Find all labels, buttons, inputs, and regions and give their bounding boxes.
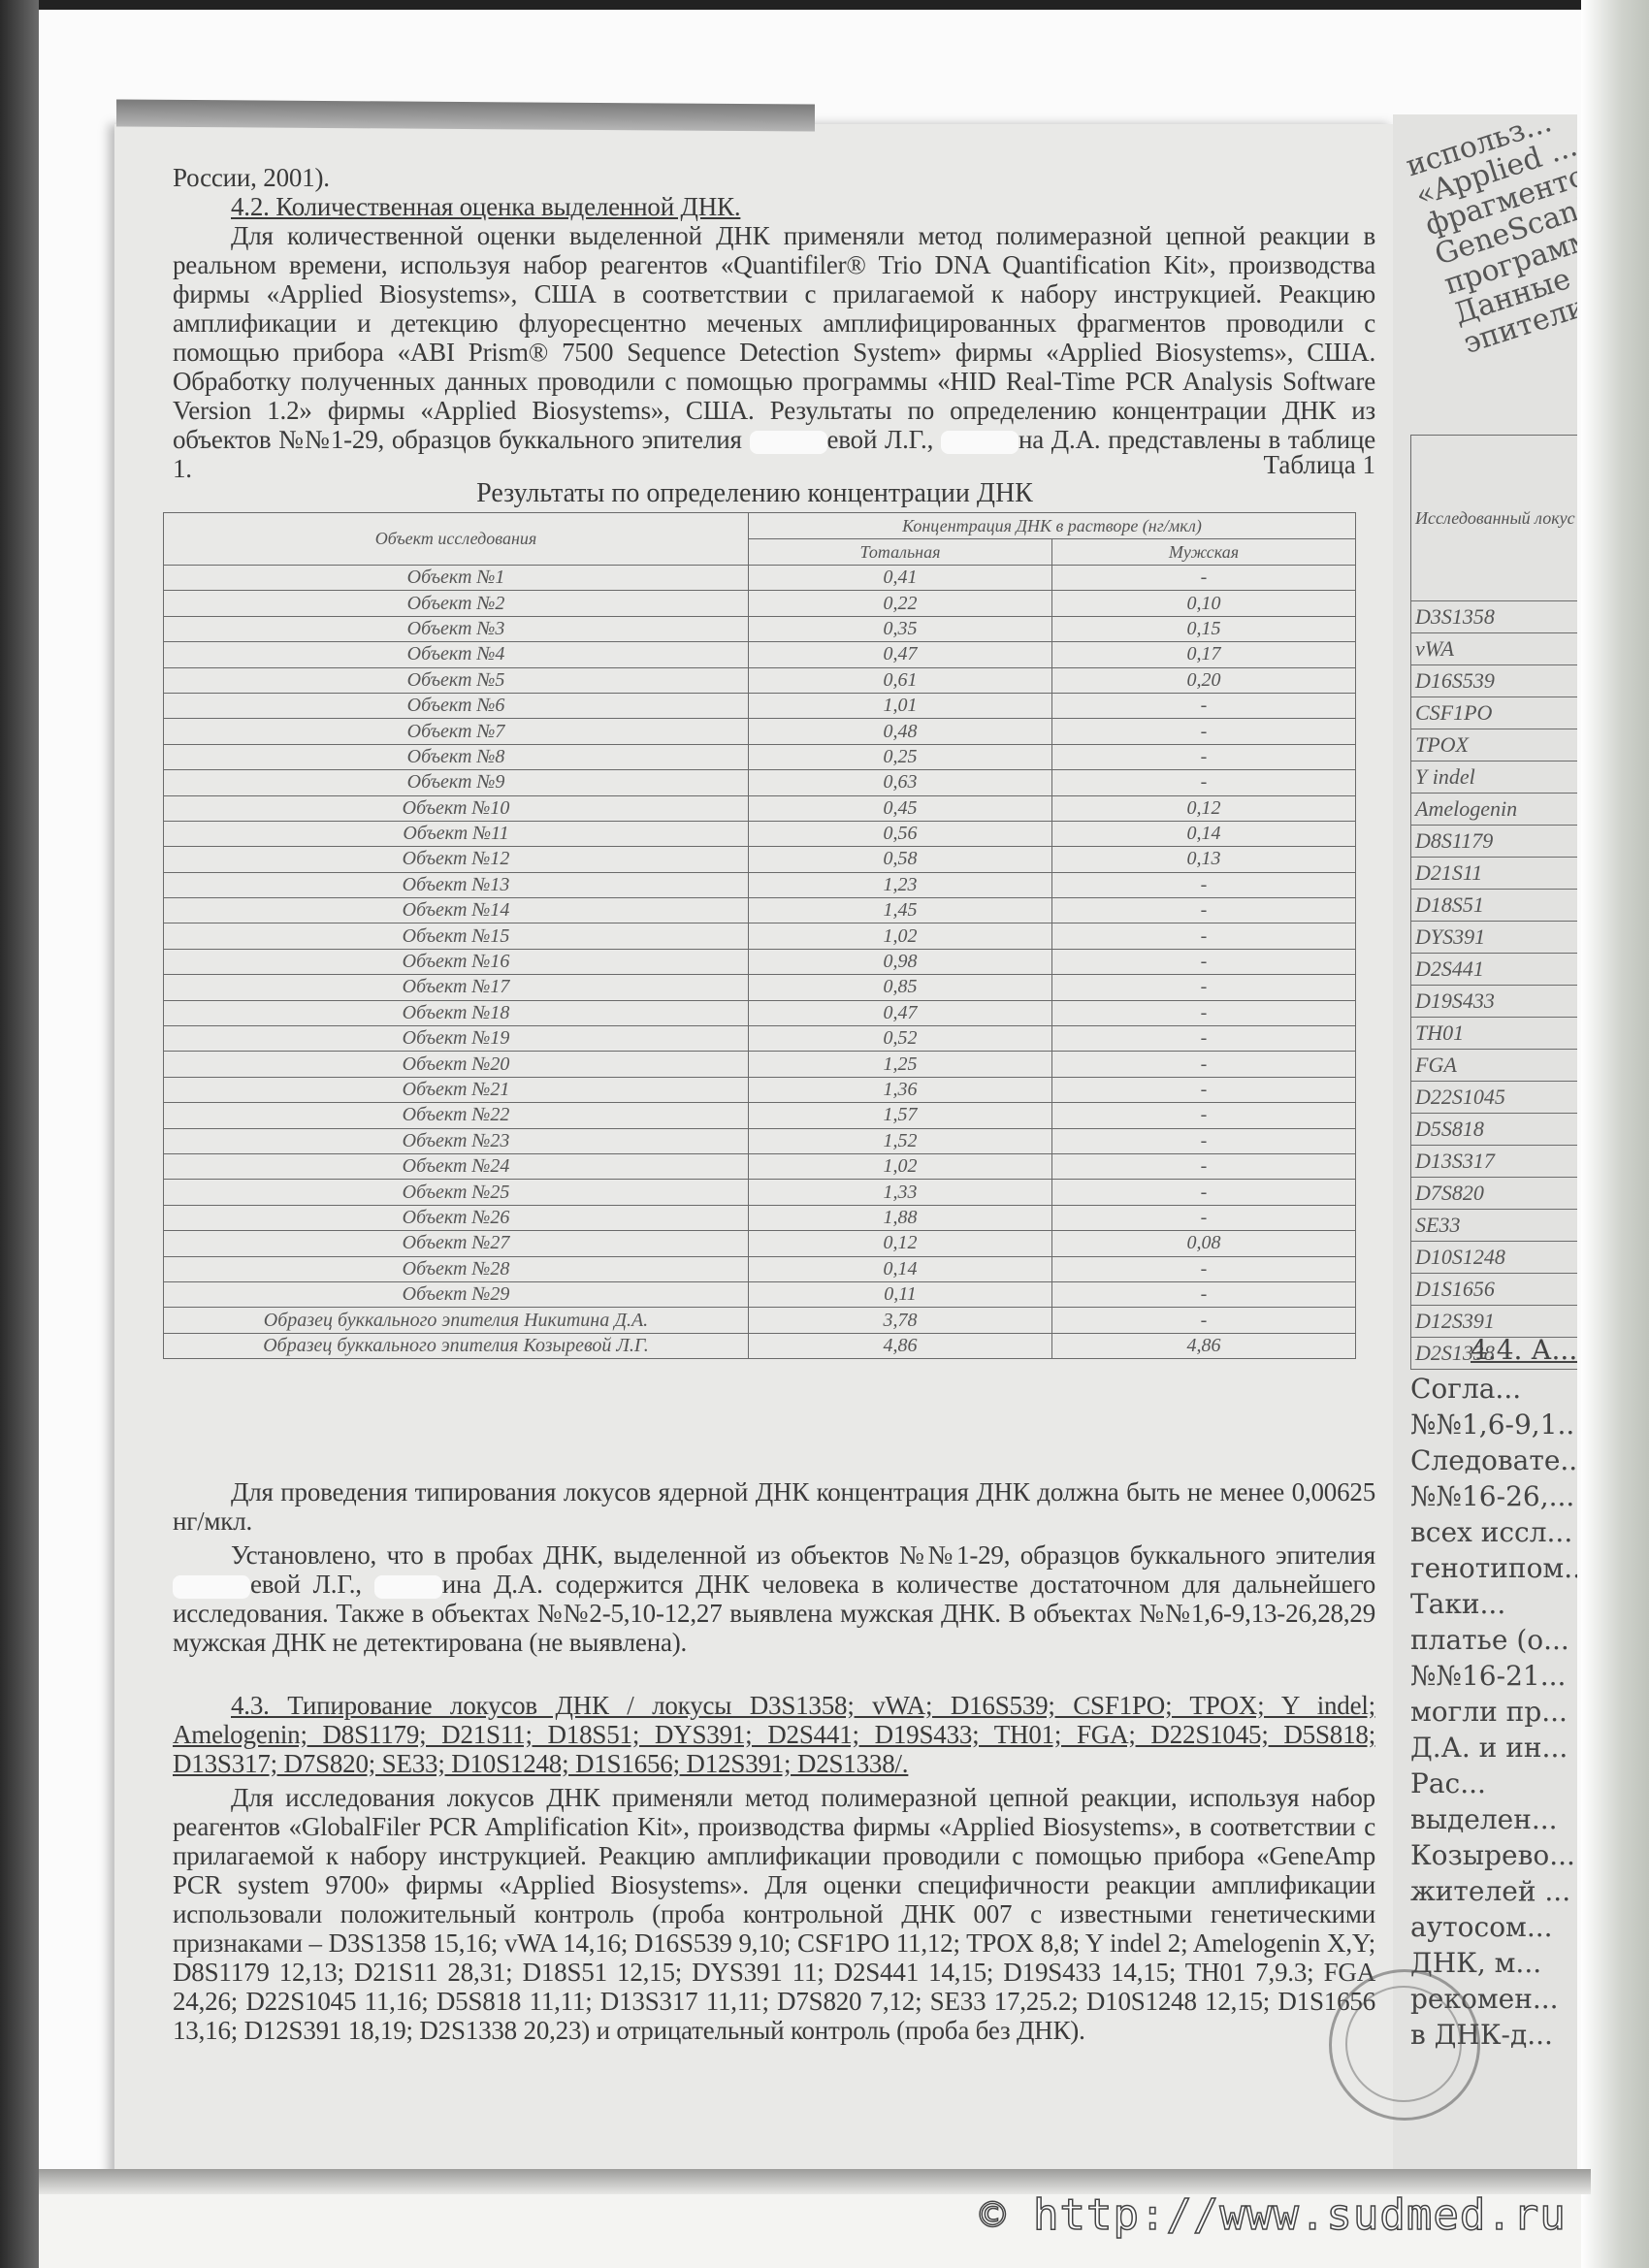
table-row: Объект №170,85- xyxy=(164,975,1356,1000)
after-table-p2: Установлено, что в пробах ДНК, выделенно… xyxy=(173,1540,1375,1657)
cell-total: 1,02 xyxy=(749,923,1052,949)
right-text-line: платье (о... xyxy=(1410,1622,1569,1658)
scan-frame-right xyxy=(1581,0,1649,2268)
cell-total: 1,01 xyxy=(749,693,1052,718)
cell-male: 4,86 xyxy=(1052,1333,1356,1358)
cell-object: Объект №18 xyxy=(164,1000,749,1025)
cell-object: Объект №15 xyxy=(164,923,749,949)
cell-male: - xyxy=(1052,693,1356,718)
cell-male: 0,17 xyxy=(1052,642,1356,667)
cell-total: 0,56 xyxy=(749,821,1052,846)
cell-male: - xyxy=(1052,923,1356,949)
cell-object: Образец буккального эпителия Никитина Д.… xyxy=(164,1308,749,1333)
right-text-line: Следовате... xyxy=(1410,1442,1577,1478)
locus-name: D13S317 xyxy=(1411,1146,1578,1178)
table-row: Объект №241,02- xyxy=(164,1153,1356,1179)
table-row: Объект №80,25- xyxy=(164,744,1356,769)
table-row: Объект №180,47- xyxy=(164,1000,1356,1025)
table-row: Объект №211,36- xyxy=(164,1077,1356,1102)
locus-name: TH01 xyxy=(1411,1018,1578,1050)
cell-total: 0,12 xyxy=(749,1231,1052,1256)
locus-row: D5S818 xyxy=(1411,1114,1578,1146)
table-row: Объект №131,23- xyxy=(164,872,1356,897)
cell-total: 0,22 xyxy=(749,591,1052,616)
cell-male: 0,10 xyxy=(1052,591,1356,616)
table-row: Объект №160,98- xyxy=(164,949,1356,974)
cell-male: - xyxy=(1052,975,1356,1000)
redacted-suffix-1: евой xyxy=(827,425,878,454)
table-row: Объект №280,14- xyxy=(164,1256,1356,1281)
cell-total: 0,85 xyxy=(749,975,1052,1000)
cell-object: Объект №11 xyxy=(164,821,749,846)
table-row: Объект №190,52- xyxy=(164,1026,1356,1052)
right-text-line: Рас... xyxy=(1410,1766,1486,1801)
cell-male: - xyxy=(1052,1308,1356,1333)
p2-start: Установлено, что в пробах ДНК, выделенно… xyxy=(231,1540,1375,1570)
cell-male: - xyxy=(1052,744,1356,769)
right-page-rotated-text: использ... «Applied ... фрагментов и у..… xyxy=(1403,114,1577,360)
locus-name: D3S1358 xyxy=(1411,601,1578,633)
locus-name: D19S433 xyxy=(1411,986,1578,1018)
cell-total: 1,02 xyxy=(749,1153,1052,1179)
locus-name: D5S818 xyxy=(1411,1114,1578,1146)
cell-male: - xyxy=(1052,1128,1356,1153)
cell-object: Объект №19 xyxy=(164,1026,749,1052)
cell-object: Объект №4 xyxy=(164,642,749,667)
cell-male: - xyxy=(1052,1026,1356,1052)
cell-object: Объект №12 xyxy=(164,847,749,872)
cell-total: 1,23 xyxy=(749,872,1052,897)
cell-male: - xyxy=(1052,1256,1356,1281)
cell-object: Объект №28 xyxy=(164,1256,749,1281)
cell-object: Объект №27 xyxy=(164,1231,749,1256)
locus-row: D2S441 xyxy=(1411,954,1578,986)
locus-row: D8S1179 xyxy=(1411,826,1578,858)
locus-name: TPOX xyxy=(1411,729,1578,761)
cell-male: - xyxy=(1052,1103,1356,1128)
locus-name: D8S1179 xyxy=(1411,826,1578,858)
loci-header: Исследованный локус xyxy=(1411,436,1578,601)
section-4-3-heading: 4.3. Типирование локусов ДНК / локусы D3… xyxy=(173,1691,1375,1778)
locus-row: D16S539 xyxy=(1411,665,1578,697)
table-row: Объект №30,350,15 xyxy=(164,616,1356,641)
section-4-2-heading: 4.2. Количественная оценка выделенной ДН… xyxy=(173,192,1375,221)
cell-object: Объект №22 xyxy=(164,1103,749,1128)
table-row: Объект №231,52- xyxy=(164,1128,1356,1153)
cell-total: 1,36 xyxy=(749,1077,1052,1102)
cell-object: Объект №2 xyxy=(164,591,749,616)
locus-row: D18S51 xyxy=(1411,890,1578,922)
locus-name: D18S51 xyxy=(1411,890,1578,922)
locus-row: vWA xyxy=(1411,633,1578,665)
cell-male: 0,13 xyxy=(1052,847,1356,872)
cell-object: Объект №16 xyxy=(164,949,749,974)
cell-male: 0,12 xyxy=(1052,795,1356,821)
locus-name: D2S441 xyxy=(1411,954,1578,986)
loci-table: Исследованный локусD3S1358vWAD16S539CSF1… xyxy=(1410,435,1577,1370)
cell-object: Объект №10 xyxy=(164,795,749,821)
right-text-line: всех иссл... xyxy=(1410,1514,1572,1550)
cell-total: 1,25 xyxy=(749,1052,1052,1077)
cell-object: Объект №21 xyxy=(164,1077,749,1102)
locus-row: FGA xyxy=(1411,1050,1578,1082)
cell-total: 0,61 xyxy=(749,667,1052,693)
cell-total: 0,47 xyxy=(749,1000,1052,1025)
loci-table-body: Исследованный локусD3S1358vWAD16S539CSF1… xyxy=(1411,436,1578,1370)
cell-object: Объект №7 xyxy=(164,719,749,744)
cell-total: 0,35 xyxy=(749,616,1052,641)
locus-name: Amelogenin xyxy=(1411,794,1578,826)
table-row: Объект №110,560,14 xyxy=(164,821,1356,846)
right-text-line: Таки... xyxy=(1410,1586,1505,1622)
cell-total: 0,25 xyxy=(749,744,1052,769)
header-total: Тотальная xyxy=(749,539,1052,566)
table-row: Объект №90,63- xyxy=(164,770,1356,795)
table-row: Объект №120,580,13 xyxy=(164,847,1356,872)
cell-total: 1,52 xyxy=(749,1128,1052,1153)
cell-male: - xyxy=(1052,898,1356,923)
table-row: Объект №61,01- xyxy=(164,693,1356,718)
locus-name: D1S1656 xyxy=(1411,1274,1578,1306)
cell-total: 0,14 xyxy=(749,1256,1052,1281)
locus-row: TH01 xyxy=(1411,1018,1578,1050)
locus-name: D10S1248 xyxy=(1411,1242,1578,1274)
cell-total: 1,57 xyxy=(749,1103,1052,1128)
locus-name: D16S539 xyxy=(1411,665,1578,697)
table-row: Объект №50,610,20 xyxy=(164,667,1356,693)
table-row: Образец буккального эпителия Никитина Д.… xyxy=(164,1308,1356,1333)
cell-object: Объект №20 xyxy=(164,1052,749,1077)
section-4-2-paragraph: Для количественной оценки выделенной ДНК… xyxy=(173,221,1375,483)
cell-object: Объект №3 xyxy=(164,616,749,641)
table-title: Результаты по определению концентрации Д… xyxy=(114,478,1395,509)
locus-name: D21S11 xyxy=(1411,858,1578,890)
cell-total: 1,33 xyxy=(749,1180,1052,1205)
cell-object: Объект №26 xyxy=(164,1205,749,1230)
locus-row: CSF1PO xyxy=(1411,697,1578,729)
locus-row: D19S433 xyxy=(1411,986,1578,1018)
cell-male: - xyxy=(1052,719,1356,744)
locus-name: SE33 xyxy=(1411,1210,1578,1242)
cell-total: 0,58 xyxy=(749,847,1052,872)
cell-male: - xyxy=(1052,1180,1356,1205)
locus-row: SE33 xyxy=(1411,1210,1578,1242)
cell-total: 4,86 xyxy=(749,1333,1052,1358)
locus-row: D13S317 xyxy=(1411,1146,1578,1178)
cell-object: Объект №23 xyxy=(164,1128,749,1153)
cell-object: Объект №14 xyxy=(164,898,749,923)
cell-male: - xyxy=(1052,1052,1356,1077)
cell-male: - xyxy=(1052,770,1356,795)
cell-male: - xyxy=(1052,1153,1356,1179)
redacted-name xyxy=(173,1575,250,1599)
table-label: Таблица 1 xyxy=(1264,450,1375,480)
cell-object: Объект №24 xyxy=(164,1153,749,1179)
right-text-line: №№16-26,... xyxy=(1410,1478,1574,1514)
cell-object: Объект №5 xyxy=(164,667,749,693)
locus-name: DYS391 xyxy=(1411,922,1578,954)
table-row: Объект №290,11- xyxy=(164,1281,1356,1307)
right-text-line: №№16-21... xyxy=(1410,1658,1566,1694)
locus-row: D7S820 xyxy=(1411,1178,1578,1210)
cell-total: 1,45 xyxy=(749,898,1052,923)
p2-suffix-1: евой Л.Г., xyxy=(250,1570,374,1599)
locus-name: D7S820 xyxy=(1411,1178,1578,1210)
table-row: Объект №251,33- xyxy=(164,1180,1356,1205)
section-4-2-text: Для количественной оценки выделенной ДНК… xyxy=(173,221,1375,454)
locus-row: Y indel xyxy=(1411,761,1578,794)
cell-male: 0,14 xyxy=(1052,821,1356,846)
cell-total: 0,41 xyxy=(749,566,1052,591)
locus-row: D21S11 xyxy=(1411,858,1578,890)
cell-male: 0,20 xyxy=(1052,667,1356,693)
cell-male: - xyxy=(1052,872,1356,897)
right-text-line: выделен... xyxy=(1410,1801,1558,1837)
cell-total: 0,45 xyxy=(749,795,1052,821)
locus-name: Y indel xyxy=(1411,761,1578,794)
table-row: Объект №20,220,10 xyxy=(164,591,1356,616)
watermark: © http://www.sudmed.ru xyxy=(980,2190,1567,2240)
right-text-line: Согла... xyxy=(1410,1371,1521,1407)
cell-object: Объект №9 xyxy=(164,770,749,795)
cell-male: - xyxy=(1052,566,1356,591)
cell-total: 0,47 xyxy=(749,642,1052,667)
initials-lg: Л.Г., xyxy=(885,425,941,454)
section-4-3-paragraph: Для исследования локусов ДНК применяли м… xyxy=(173,1783,1375,2045)
table-row: Объект №261,88- xyxy=(164,1205,1356,1230)
table-row: Образец буккального эпителия Козыревой Л… xyxy=(164,1333,1356,1358)
cell-total: 0,63 xyxy=(749,770,1052,795)
right-text-line: Д.А. и ин... xyxy=(1410,1730,1568,1766)
redacted-name xyxy=(750,431,827,454)
table-row: Объект №201,25- xyxy=(164,1052,1356,1077)
table-row: Объект №100,450,12 xyxy=(164,795,1356,821)
cell-object: Образец буккального эпителия Козыревой Л… xyxy=(164,1333,749,1358)
table-row: Объект №70,48- xyxy=(164,719,1356,744)
locus-row: D1S1656 xyxy=(1411,1274,1578,1306)
locus-row: D22S1045 xyxy=(1411,1082,1578,1114)
cell-total: 1,88 xyxy=(749,1205,1052,1230)
header-concentration: Концентрация ДНК в растворе (нг/мкл) xyxy=(749,513,1356,539)
right-text-line: жителей ... xyxy=(1410,1873,1570,1909)
locus-row: DYS391 xyxy=(1411,922,1578,954)
section-4-4-heading: 4.4. А... xyxy=(1471,1332,1577,1368)
redacted-name xyxy=(374,1575,442,1599)
table-body: Объект №10,41-Объект №20,220,10Объект №3… xyxy=(164,566,1356,1359)
cell-male: - xyxy=(1052,949,1356,974)
cell-male: 0,08 xyxy=(1052,1231,1356,1256)
right-page: использ... «Applied ... фрагментов и у..… xyxy=(1393,114,1577,2181)
cell-male: - xyxy=(1052,1205,1356,1230)
scan-frame-top xyxy=(0,0,1649,10)
cell-total: 0,48 xyxy=(749,719,1052,744)
cell-male: - xyxy=(1052,1077,1356,1102)
right-text-line: могли пр... xyxy=(1410,1694,1568,1730)
right-text-line: генотипом... xyxy=(1410,1550,1577,1586)
right-text-line: №№1,6-9,1... xyxy=(1410,1407,1577,1442)
header-male: Мужская xyxy=(1052,539,1356,566)
cell-object: Объект №8 xyxy=(164,744,749,769)
intro-tail: России, 2001). xyxy=(173,163,1375,192)
cell-object: Объект №17 xyxy=(164,975,749,1000)
cell-total: 0,11 xyxy=(749,1281,1052,1307)
cell-object: Объект №6 xyxy=(164,693,749,718)
cell-male: - xyxy=(1052,1000,1356,1025)
fold-shadow xyxy=(116,99,815,131)
left-page: России, 2001). 4.2. Количественная оценк… xyxy=(114,124,1395,2181)
cell-male: 0,15 xyxy=(1052,616,1356,641)
seal-stamp xyxy=(1329,1969,1480,2121)
table-row: Объект №141,45- xyxy=(164,898,1356,923)
cell-total: 0,52 xyxy=(749,1026,1052,1052)
after-table-p1: Для проведения типирования локусов ядерн… xyxy=(173,1477,1375,1536)
right-text-line: Козырево... xyxy=(1410,1837,1575,1873)
cell-total: 3,78 xyxy=(749,1308,1052,1333)
table-row: Объект №221,57- xyxy=(164,1103,1356,1128)
locus-row: TPOX xyxy=(1411,729,1578,761)
cell-total: 0,98 xyxy=(749,949,1052,974)
locus-name: CSF1PO xyxy=(1411,697,1578,729)
locus-name: D22S1045 xyxy=(1411,1082,1578,1114)
cell-object: Объект №13 xyxy=(164,872,749,897)
table-row: Объект №151,02- xyxy=(164,923,1356,949)
cell-object: Объект №1 xyxy=(164,566,749,591)
locus-name: vWA xyxy=(1411,633,1578,665)
scan-frame-left xyxy=(0,0,39,2268)
locus-row: D10S1248 xyxy=(1411,1242,1578,1274)
right-text-line: аутосом... xyxy=(1410,1909,1553,1945)
table-row: Объект №10,41- xyxy=(164,566,1356,591)
redacted-name xyxy=(941,431,1018,454)
table-row: Объект №270,120,08 xyxy=(164,1231,1356,1256)
cell-object: Объект №25 xyxy=(164,1180,749,1205)
locus-row: D3S1358 xyxy=(1411,601,1578,633)
cell-male: - xyxy=(1052,1281,1356,1307)
locus-name: FGA xyxy=(1411,1050,1578,1082)
dna-concentration-table: Объект исследования Концентрация ДНК в р… xyxy=(163,512,1356,1359)
cell-object: Объект №29 xyxy=(164,1281,749,1307)
locus-row: Amelogenin xyxy=(1411,794,1578,826)
header-object: Объект исследования xyxy=(164,513,749,566)
table-row: Объект №40,470,17 xyxy=(164,642,1356,667)
